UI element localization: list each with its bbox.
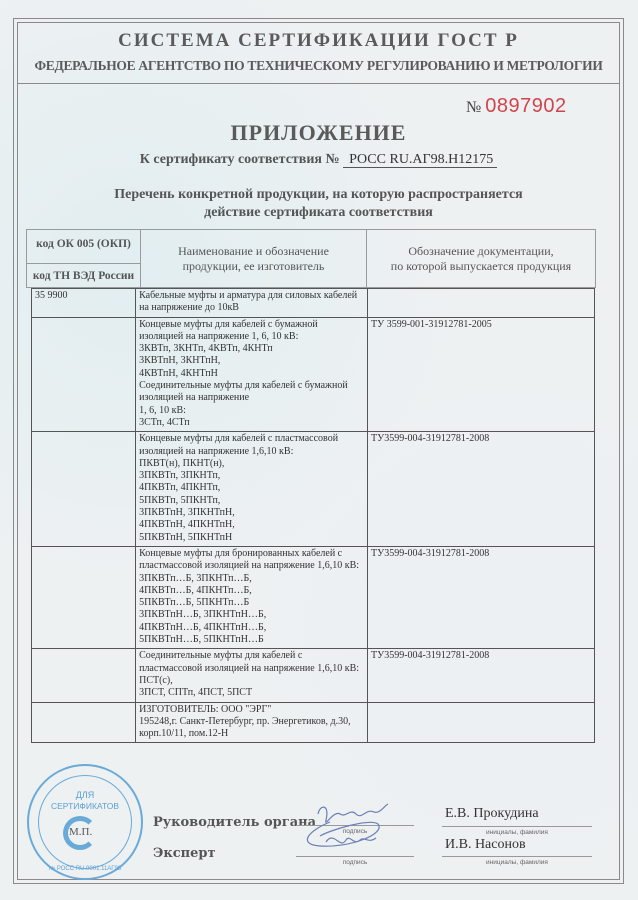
- product-name-line: 3КВТпН, 3КНТпН,: [139, 355, 364, 367]
- stamp-ring-text: № РОСС RU.0001.11АГ98: [29, 866, 141, 872]
- product-name-line: корп.10/11, пом.12-Н: [139, 728, 364, 740]
- name-caption: инициалы, фамилия: [442, 829, 592, 836]
- table-row: Соединительные муфты для кабелей спластм…: [32, 649, 595, 702]
- head-name: Е.В. Прокудина: [445, 806, 539, 822]
- expert-label: Эксперт: [153, 846, 216, 861]
- certificate-reference: К сертификату соответствия № РОСС RU.АГ9…: [17, 152, 620, 168]
- stamp-text: СЕРТИФИКАТОВ: [29, 801, 141, 811]
- table-row: Концевые муфты для бронированных кабелей…: [32, 546, 595, 648]
- certificate-label: К сертификату соответствия №: [140, 152, 340, 167]
- product-code-cell: [32, 649, 136, 702]
- header-text: Обозначение документации,: [367, 244, 595, 259]
- product-name-line: ИЗГОТОВИТЕЛЬ: ООО "ЭРГ": [139, 704, 364, 716]
- product-name-line: 3ПСТ, СПТп, 4ПСТ, 5ПСТ: [139, 687, 364, 699]
- product-name-line: 4ПКВТп, 4ПКНТп,: [139, 482, 364, 494]
- documentation-cell: ТУ3599-004-31912781-2008: [368, 432, 595, 547]
- product-name-line: изоляцией на напряжение 1,6,10 кВ:: [139, 446, 364, 458]
- table-header: код ОК 005 (ОКП) код ТН ВЭД России Наиме…: [26, 229, 596, 288]
- table-row: Концевые муфты для кабелей с пластмассов…: [32, 432, 595, 547]
- serial-number: 0897902: [485, 95, 566, 117]
- product-name-line: 3КВТп, 3КНТп, 4КВТп, 4КНТп: [139, 343, 364, 355]
- product-name-line: Кабельные муфты и арматура для силовых к…: [139, 290, 364, 302]
- product-name-line: 5ПКВТпН…Б, 5ПКНТпН…Б: [139, 634, 364, 646]
- product-name-line: 3ПКВТпН, 3ПКНТпН,: [139, 507, 364, 519]
- header-text: Наименование и обозначение: [141, 244, 366, 259]
- table-row: 35 9900Кабельные муфты и арматура для си…: [32, 289, 595, 318]
- table-row: Концевые муфты для кабелей с бумажнойизо…: [32, 317, 595, 432]
- product-name-line: 4ПКВТп…Б, 4ПКНТп…Б,: [139, 585, 364, 597]
- header-okp-code: код ОК 005 (ОКП): [27, 230, 140, 264]
- expert-name: И.В. Насонов: [445, 837, 526, 853]
- product-name-line: 5ПКВТп…Б, 5ПКНТп…Б: [139, 597, 364, 609]
- product-code-cell: 35 9900: [32, 289, 136, 318]
- head-name-line: [442, 826, 592, 827]
- product-name-line: Соединительные муфты для кабелей с: [139, 650, 364, 662]
- product-name-line: 4КВТпН, 4КНТпН: [139, 368, 364, 380]
- product-name-cell: Концевые муфты для кабелей с бумажнойизо…: [136, 317, 368, 432]
- list-title-line: Перечень конкретной продукции, на котору…: [17, 186, 620, 204]
- product-name-line: Концевые муфты для бронированных кабелей…: [139, 548, 364, 560]
- product-name-line: 4ПКВТпН, 4ПКНТпН,: [139, 519, 364, 531]
- header-product-name: Наименование и обозначение продукции, ее…: [141, 230, 367, 287]
- product-name-line: изоляцией на напряжение: [139, 392, 364, 404]
- documentation-cell: ТУ3599-004-31912781-2008: [368, 546, 595, 648]
- product-name-line: Концевые муфты для кабелей с бумажной: [139, 319, 364, 331]
- signature-caption: подпись: [296, 859, 414, 866]
- stamp-text: ДЛЯ: [29, 790, 141, 800]
- product-name-line: 195248,г. Санкт-Петербург, пр. Энергетик…: [139, 716, 364, 728]
- table-row: ИЗГОТОВИТЕЛЬ: ООО "ЭРГ"195248,г. Санкт-П…: [32, 702, 595, 743]
- product-name-line: 3ПКВТп, 3ПКНТп,: [139, 470, 364, 482]
- list-title-line: действие сертификата соответствия: [17, 204, 620, 222]
- product-name-line: на напряжение до 10кВ: [139, 302, 364, 314]
- handwritten-signatures: [290, 800, 400, 860]
- product-name-line: 3СТп, 4СТп: [139, 417, 364, 429]
- serial-number-block: №0897902: [466, 95, 567, 118]
- documentation-cell: [368, 289, 595, 318]
- product-name-line: 3ПКВТпН…Б, 3ПКНТпН…Б,: [139, 609, 364, 621]
- product-name-line: ПКВТ(н), ПКНТ(н),: [139, 458, 364, 470]
- name-caption: инициалы, фамилия: [442, 859, 592, 866]
- product-list-title: Перечень конкретной продукции, на котору…: [17, 186, 620, 222]
- stamp-seal-place: М.П.: [69, 826, 92, 838]
- product-name-line: Соединительные муфты для кабелей с бумаж…: [139, 380, 364, 392]
- certification-stamp: ДЛЯ СЕРТИФИКАТОВ М.П. № РОСС RU.0001.11А…: [27, 764, 143, 880]
- appendix-title: ПРИЛОЖЕНИЕ: [17, 120, 620, 146]
- product-code-cell: [32, 702, 136, 743]
- header-tnved-code: код ТН ВЭД России: [27, 264, 140, 289]
- agency-name: ФЕДЕРАЛЬНОЕ АГЕНТСТВО ПО ТЕХНИЧЕСКОМУ РЕ…: [17, 58, 620, 74]
- product-name-line: 5ПКВТп, 5ПКНТп,: [139, 495, 364, 507]
- documentation-cell: ТУ3599-004-31912781-2008: [368, 649, 595, 702]
- system-title: СИСТЕМА СЕРТИФИКАЦИИ ГОСТ Р: [17, 30, 620, 52]
- product-name-line: пластмассовой изоляцией на напряжение 1,…: [139, 560, 364, 572]
- product-name-line: 3ПКВТп…Б, 3ПКНТп…Б,: [139, 573, 364, 585]
- product-table: 35 9900Кабельные муфты и арматура для си…: [31, 288, 595, 743]
- certificate-number: РОСС RU.АГ98.Н12175: [343, 152, 497, 168]
- documentation-cell: ТУ 3599-001-31912781-2005: [368, 317, 595, 432]
- product-name-line: 4ПКВТпН…Б, 4ПКНТпН…Б,: [139, 622, 364, 634]
- product-name-cell: ИЗГОТОВИТЕЛЬ: ООО "ЭРГ"195248,г. Санкт-П…: [136, 702, 368, 743]
- product-name-cell: Соединительные муфты для кабелей спластм…: [136, 649, 368, 702]
- documentation-cell: [368, 702, 595, 743]
- product-code-cell: [32, 432, 136, 547]
- header-text: продукции, ее изготовитель: [141, 259, 366, 274]
- product-name-cell: Концевые муфты для бронированных кабелей…: [136, 546, 368, 648]
- number-sign: №: [466, 99, 481, 116]
- expert-name-line: [442, 856, 592, 857]
- product-name-line: пластмассовой изоляцией на напряжение 1,…: [139, 663, 364, 675]
- product-name-cell: Кабельные муфты и арматура для силовых к…: [136, 289, 368, 318]
- header-divider: [17, 83, 620, 84]
- product-code-cell: [32, 546, 136, 648]
- header-text: по которой выпускается продукция: [367, 259, 595, 274]
- product-name-line: ПСТ(с),: [139, 675, 364, 687]
- header-code-column: код ОК 005 (ОКП) код ТН ВЭД России: [27, 230, 141, 287]
- product-name-line: Концевые муфты для кабелей с пластмассов…: [139, 433, 364, 445]
- product-name-cell: Концевые муфты для кабелей с пластмассов…: [136, 432, 368, 547]
- product-code-cell: [32, 317, 136, 432]
- product-name-line: 1, 6, 10 кВ:: [139, 405, 364, 417]
- product-name-line: 5ПКВТпН, 5ПКНТпН: [139, 532, 364, 544]
- product-name-line: изоляцией на напряжение 1, 6, 10 кВ:: [139, 331, 364, 343]
